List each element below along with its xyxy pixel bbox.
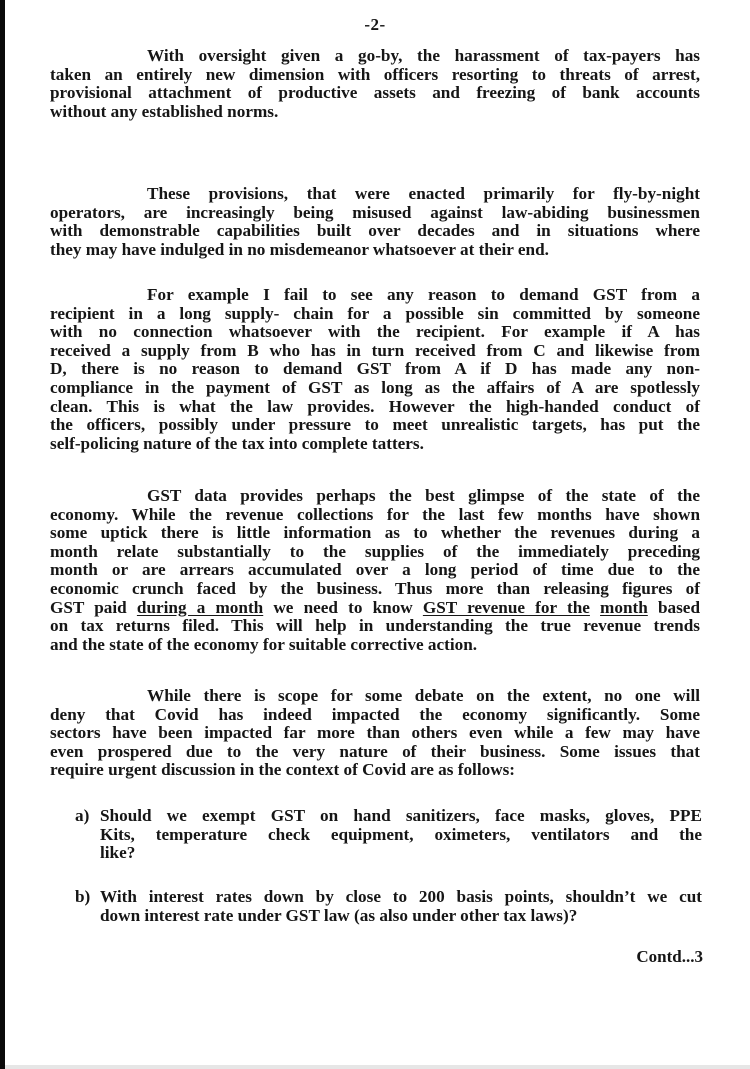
text-line: even prospered due to the very nature of…: [50, 743, 700, 762]
continuation-note: Contd...3: [636, 947, 703, 967]
text-line: taken an entirely new dimension with off…: [50, 66, 700, 85]
paragraph-gst-data: GST data provides perhaps the best glimp…: [50, 487, 700, 654]
text-line: like?: [100, 844, 702, 863]
page-number: -2-: [0, 15, 750, 35]
paragraph-covid-impact: While there is scope for some debate on …: [50, 687, 700, 780]
list-marker: a): [75, 807, 89, 826]
underlined-phrase-during-a-month: during a month: [137, 598, 263, 617]
underlined-phrase-gst-revenue: GST revenue for the: [423, 598, 590, 617]
text-line: compliance in the payment of GST as long…: [50, 379, 700, 398]
text-line: month relate substantially to the suppli…: [50, 543, 700, 562]
text-line-underlined: GST paid during a month we need to know …: [50, 599, 700, 618]
text-line: For example I fail to see any reason to …: [50, 286, 700, 305]
text-line: Should we exempt GST on hand sanitizers,…: [100, 807, 702, 826]
text-segment: based: [648, 598, 700, 617]
scan-bottom-border: [5, 1065, 750, 1069]
text-line: economy. While the revenue collections f…: [50, 506, 700, 525]
text-segment: we need to know: [263, 598, 423, 617]
text-line: month or are arrears accumulated over a …: [50, 561, 700, 580]
text-line: With oversight given a go-by, the harass…: [50, 47, 700, 66]
text-line: on tax returns filed. This will help in …: [50, 617, 700, 636]
text-line: While there is scope for some debate on …: [50, 687, 700, 706]
text-line: without any established norms.: [50, 103, 700, 122]
text-line: they may have indulged in no misdemeanor…: [50, 241, 700, 260]
underlined-word-month: month: [600, 598, 648, 617]
text-line: and the state of the economy for suitabl…: [50, 636, 700, 655]
text-segment: GST paid: [50, 598, 137, 617]
text-line: Kits, temperature check equipment, oxime…: [100, 826, 702, 845]
text-line: operators, are increasingly being misuse…: [50, 204, 700, 223]
text-line: D, there is no reason to demand GST from…: [50, 360, 700, 379]
text-line: self-policing nature of the tax into com…: [50, 435, 700, 454]
text-line: These provisions, that were enacted prim…: [50, 185, 700, 204]
text-line: recipient in a long supply- chain for a …: [50, 305, 700, 324]
text-line: the officers, possibly under pressure to…: [50, 416, 700, 435]
text-line: With interest rates down by close to 200…: [100, 888, 702, 907]
text-line: deny that Covid has indeed impacted the …: [50, 706, 700, 725]
text-line: received a supply from B who has in turn…: [50, 342, 700, 361]
paragraph-provisions: These provisions, that were enacted prim…: [50, 185, 700, 259]
text-line: down interest rate under GST law (as als…: [100, 907, 702, 926]
text-line: with demonstrable capabilities built ove…: [50, 222, 700, 241]
text-line: clean. This is what the law provides. Ho…: [50, 398, 700, 417]
text-line: with no connection whatsoever with the r…: [50, 323, 700, 342]
text-line: economic crunch faced by the business. T…: [50, 580, 700, 599]
text-segment: [590, 598, 600, 617]
paragraph-oversight: With oversight given a go-by, the harass…: [50, 47, 700, 121]
text-line: sectors have been impacted far more than…: [50, 724, 700, 743]
text-line: require urgent discussion in the context…: [50, 761, 700, 780]
text-line: GST data provides perhaps the best glimp…: [50, 487, 700, 506]
paragraph-supply-chain-example: For example I fail to see any reason to …: [50, 286, 700, 453]
list-marker: b): [75, 888, 90, 907]
text-line: some uptick there is little information …: [50, 524, 700, 543]
scan-left-border: [0, 0, 5, 1069]
text-line: provisional attachment of productive ass…: [50, 84, 700, 103]
